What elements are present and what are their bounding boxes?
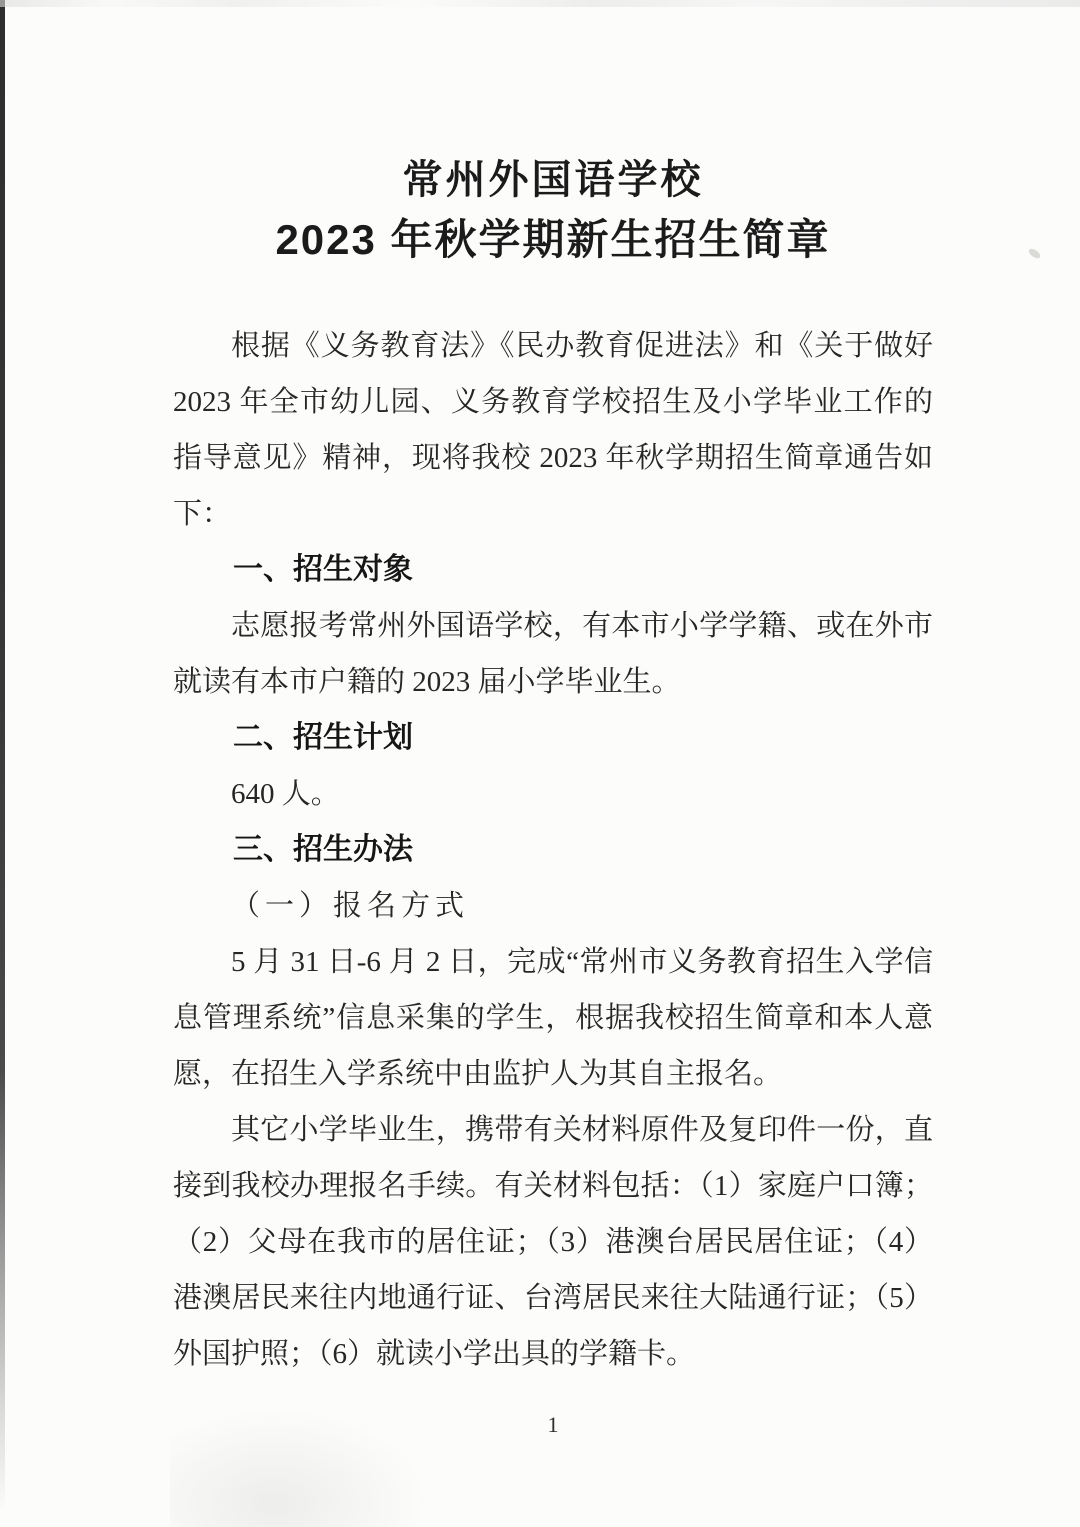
paragraph-enrollment-plan: 640 人。 bbox=[173, 766, 933, 822]
document-content: 常州外国语学校 2023 年秋学期新生招生简章 根据《义务教育法》《民办教育促进… bbox=[173, 0, 933, 1382]
paragraph-onsite-registration-materials: 其它小学毕业生，携带有关材料原件及复印件一份，直接到我校办理报名手续。有关材料包… bbox=[173, 1102, 933, 1382]
paragraph-online-registration: 5 月 31 日-6 月 2 日，完成“常州市义务教育招生入学信息管理系统”信息… bbox=[173, 934, 933, 1102]
section-heading-1-admission-targets: 一、招生对象 bbox=[173, 542, 933, 598]
subsection-heading-registration-method: （一）报名方式 bbox=[173, 878, 933, 934]
document-body: 根据《义务教育法》《民办教育促进法》和《关于做好 2023 年全市幼儿园、义务教… bbox=[173, 318, 933, 1382]
section-heading-3-admission-method: 三、招生办法 bbox=[173, 822, 933, 878]
scan-speck-artifact bbox=[1027, 247, 1042, 260]
paragraph-intro: 根据《义务教育法》《民办教育促进法》和《关于做好 2023 年全市幼儿园、义务教… bbox=[173, 318, 933, 542]
document-title-line1: 常州外国语学校 bbox=[173, 150, 933, 210]
page-number: 1 bbox=[173, 1412, 933, 1438]
section-heading-2-enrollment-plan: 二、招生计划 bbox=[173, 710, 933, 766]
scan-edge-artifact-left bbox=[0, 0, 5, 1527]
paragraph-admission-targets: 志愿报考常州外国语学校，有本市小学学籍、或在外市就读有本市户籍的 2023 届小… bbox=[173, 598, 933, 710]
document-title-line2: 2023 年秋学期新生招生简章 bbox=[173, 210, 933, 270]
scanned-document-page: 常州外国语学校 2023 年秋学期新生招生简章 根据《义务教育法》《民办教育促进… bbox=[0, 0, 1080, 1527]
